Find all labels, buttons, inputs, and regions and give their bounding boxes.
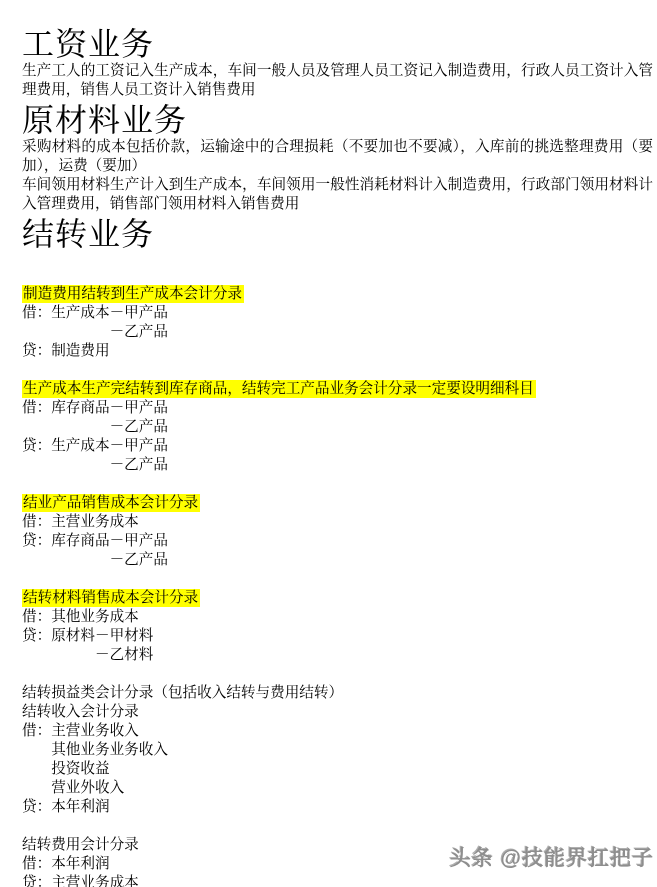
entry-line: 贷：生产成本－甲产品 bbox=[22, 437, 653, 456]
section-heading: 原材料业务 bbox=[22, 102, 653, 138]
section-heading: 结转业务 bbox=[22, 216, 653, 252]
entry-line: 投资收益 bbox=[22, 760, 653, 779]
entry-line: 借：主营业务收入 bbox=[22, 722, 653, 741]
entry-line: 贷：库存商品－甲产品 bbox=[22, 532, 653, 551]
entry-line: 借：生产成本－甲产品 bbox=[22, 304, 653, 323]
entry-line: －乙产品 bbox=[22, 551, 653, 570]
paragraph: 采购材料的成本包括价款，运输途中的合理损耗（不要加也不要减），入库前的挑选整理费… bbox=[22, 138, 653, 176]
entry-line: 借：库存商品－甲产品 bbox=[22, 399, 653, 418]
entry-title-line: 生产成本生产完结转到库存商品，结转完工产品业务会计分录一定要设明细科目 bbox=[22, 380, 653, 399]
entry-line: －乙产品 bbox=[22, 418, 653, 437]
journal-entry: 生产成本生产完结转到库存商品，结转完工产品业务会计分录一定要设明细科目借：库存商… bbox=[22, 380, 653, 475]
journal-entry: 结转损益类会计分录（包括收入结转与费用结转）结转收入会计分录借：主营业务收入 其… bbox=[22, 684, 653, 817]
entry-title-line: 结转材料销售成本会计分录 bbox=[22, 589, 653, 608]
entry-line: 其他业务业务收入 bbox=[22, 741, 653, 760]
entry-line: －乙材料 bbox=[22, 646, 653, 665]
entry-title-line: 制造费用结转到生产成本会计分录 bbox=[22, 285, 653, 304]
journal-entry: 制造费用结转到生产成本会计分录借：生产成本－甲产品 －乙产品贷：制造费用 bbox=[22, 285, 653, 361]
section-heading: 工资业务 bbox=[22, 26, 653, 62]
entry-title-line: 结业产品销售成本会计分录 bbox=[22, 494, 653, 513]
toutiao-watermark: 头条 @技能界扛把子 bbox=[450, 849, 654, 868]
journal-entry: 结转材料销售成本会计分录借：其他业务成本贷：原材料－甲材料 －乙材料 bbox=[22, 589, 653, 665]
entry-line: 贷：主营业务成本 bbox=[22, 874, 653, 887]
entry-title: 结转损益类会计分录（包括收入结转与费用结转） bbox=[22, 685, 343, 701]
entry-line: 借：其他业务成本 bbox=[22, 608, 653, 627]
entry-title-highlighted: 制造费用结转到生产成本会计分录 bbox=[22, 285, 244, 303]
entry-line: 借：主营业务成本 bbox=[22, 513, 653, 532]
entry-line: 贷：原材料－甲材料 bbox=[22, 627, 653, 646]
entry-line: －乙产品 bbox=[22, 456, 653, 475]
paragraph: 生产工人的工资记入生产成本，车间一般人员及管理人员工资记入制造费用，行政人员工资… bbox=[22, 62, 653, 100]
entry-title-highlighted: 生产成本生产完结转到库存商品，结转完工产品业务会计分录一定要设明细科目 bbox=[22, 380, 536, 398]
entry-title: 结转费用会计分录 bbox=[22, 837, 139, 853]
entry-title-line: 结转损益类会计分录（包括收入结转与费用结转） bbox=[22, 684, 653, 703]
entry-line: －乙产品 bbox=[22, 323, 653, 342]
entry-line: 营业外收入 bbox=[22, 779, 653, 798]
entry-title-highlighted: 结业产品销售成本会计分录 bbox=[22, 494, 200, 512]
entry-line: 结转收入会计分录 bbox=[22, 703, 653, 722]
journal-entry: 结业产品销售成本会计分录借：主营业务成本贷：库存商品－甲产品 －乙产品 bbox=[22, 494, 653, 570]
paragraph: 车间领用材料生产计入到生产成本，车间领用一般性消耗材料计入制造费用，行政部门领用… bbox=[22, 176, 653, 214]
entry-line: 贷：本年利润 bbox=[22, 798, 653, 817]
entry-line: 贷：制造费用 bbox=[22, 342, 653, 361]
entry-title-highlighted: 结转材料销售成本会计分录 bbox=[22, 589, 200, 607]
document-body: 工资业务生产工人的工资记入生产成本，车间一般人员及管理人员工资记入制造费用，行政… bbox=[0, 0, 657, 887]
